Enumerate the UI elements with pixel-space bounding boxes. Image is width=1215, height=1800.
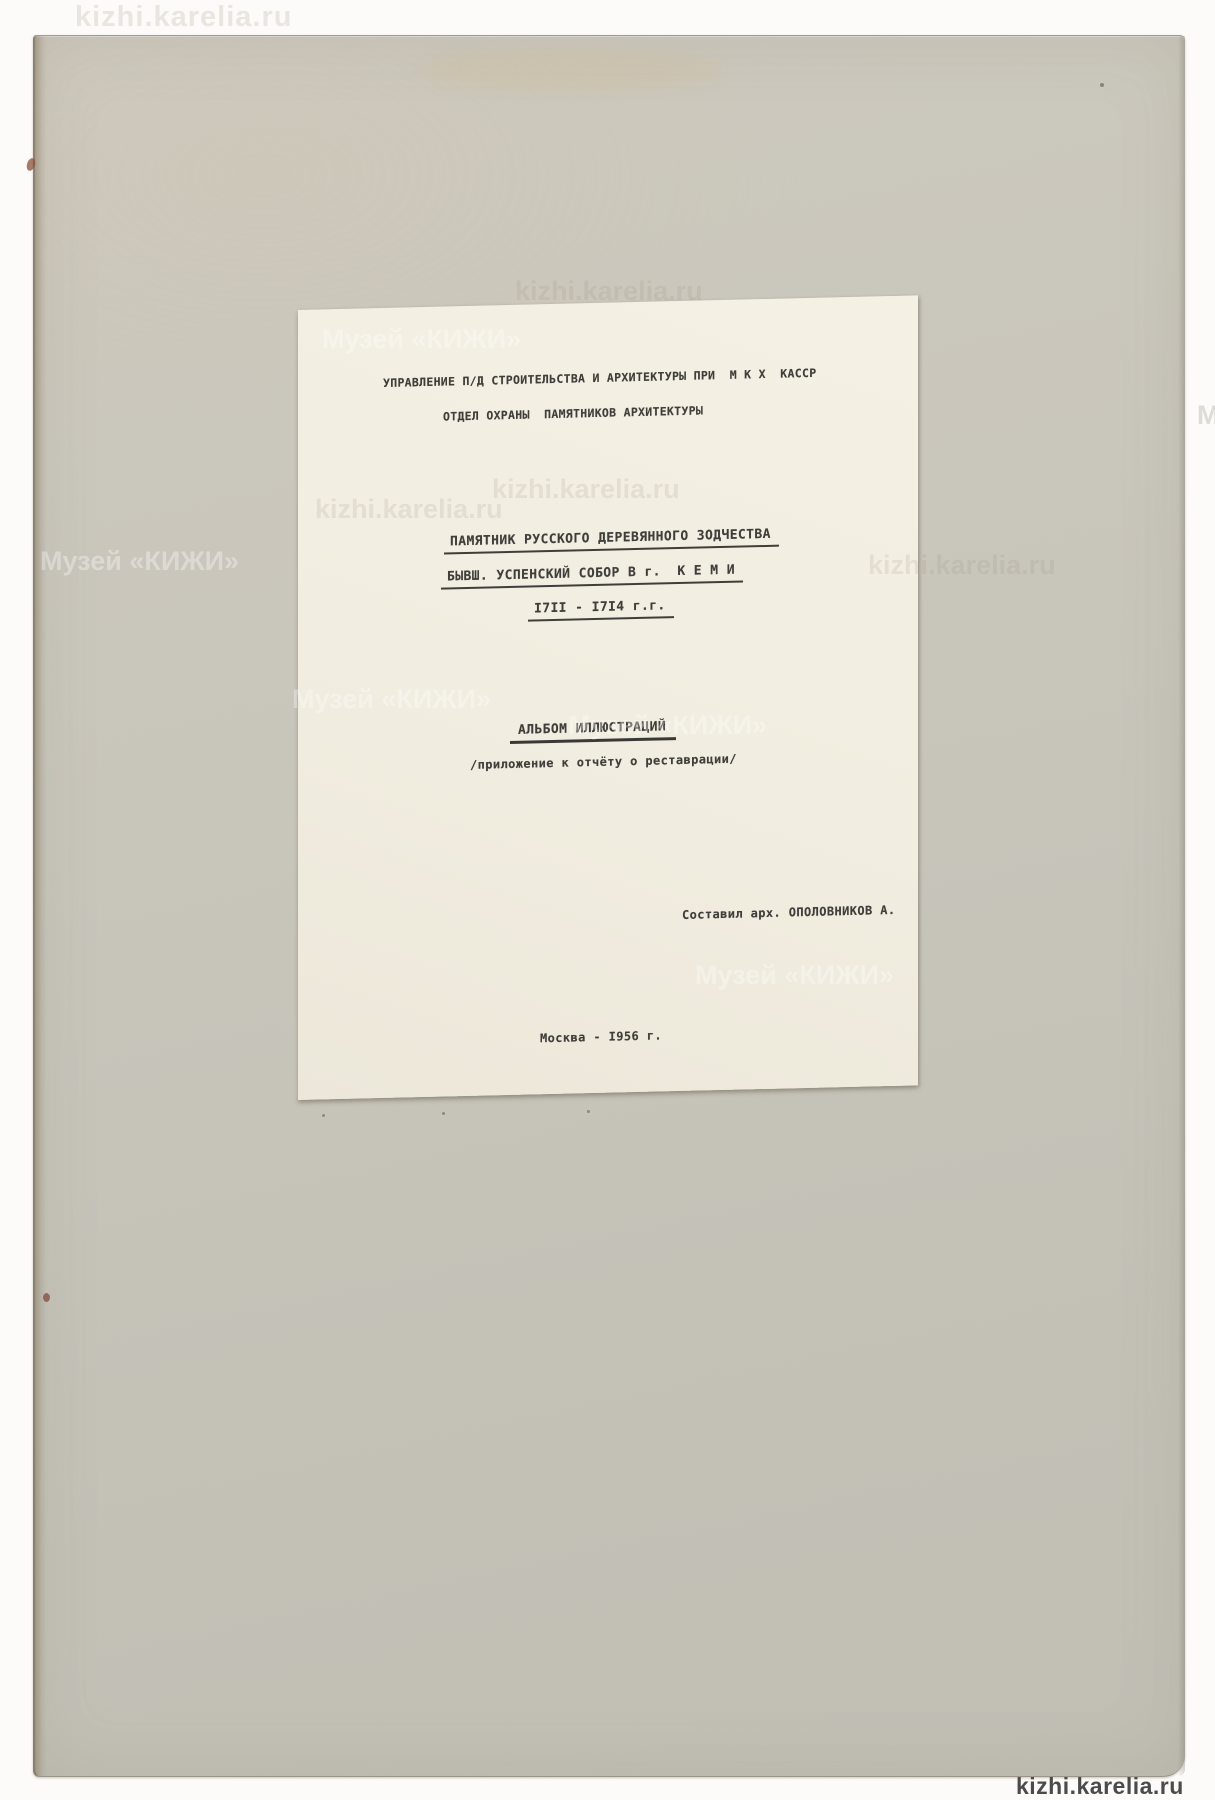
board-right-edge-shadow (1178, 36, 1185, 1776)
header-line-2: ОТДЕЛ ОХРАНЫ ПАМЯТНИКОВ АРХИТЕКТУРЫ (443, 403, 703, 423)
paper-speck (1100, 83, 1104, 87)
board-stain (421, 50, 721, 90)
board-left-edge-shadow (33, 36, 46, 1776)
doc-title-line-1: ПАМЯТНИК РУССКОГО ДЕРЕВЯННОГО ЗОДЧЕСТВА (444, 527, 779, 555)
paper-speck (43, 1293, 50, 1302)
watermark-site-bottom-right: kizhi.karelia.ru (1016, 1773, 1184, 1800)
album-title: АЛЬБОМ ИЛЛЮСТРАЦИЙ (510, 719, 676, 744)
header-line-1: УПРАВЛЕНИЕ П/Д СТРОИТЕЛЬСТВА И АРХИТЕКТУ… (383, 366, 816, 390)
watermark-site-top-left: kizhi.karelia.ru (75, 1, 293, 34)
paper-speck (587, 1110, 590, 1113)
doc-title-line-2: БЫВШ. УСПЕНСКИЙ СОБОР В г. К Е М И (441, 563, 743, 590)
author-line: Составил арх. ОПОЛОВНИКОВ А. (682, 903, 896, 922)
paper-speck (442, 1112, 445, 1115)
title-page-sheet: УПРАВЛЕНИЕ П/Д СТРОИТЕЛЬСТВА И АРХИТЕКТУ… (298, 295, 918, 1100)
paper-speck (322, 1114, 325, 1117)
album-subtitle: /приложение к отчёту о реставрации/ (470, 752, 737, 772)
scanned-page: kizhi.karelia.ru kizhi.karelia.ru Музей … (0, 0, 1215, 1800)
place-year-line: Москва - I956 г. (540, 1028, 662, 1045)
doc-title-years: I7II - I7I4 г.г. (528, 598, 674, 621)
watermark-museum-right-margin: Музей «КИЖИ» (1197, 400, 1215, 431)
